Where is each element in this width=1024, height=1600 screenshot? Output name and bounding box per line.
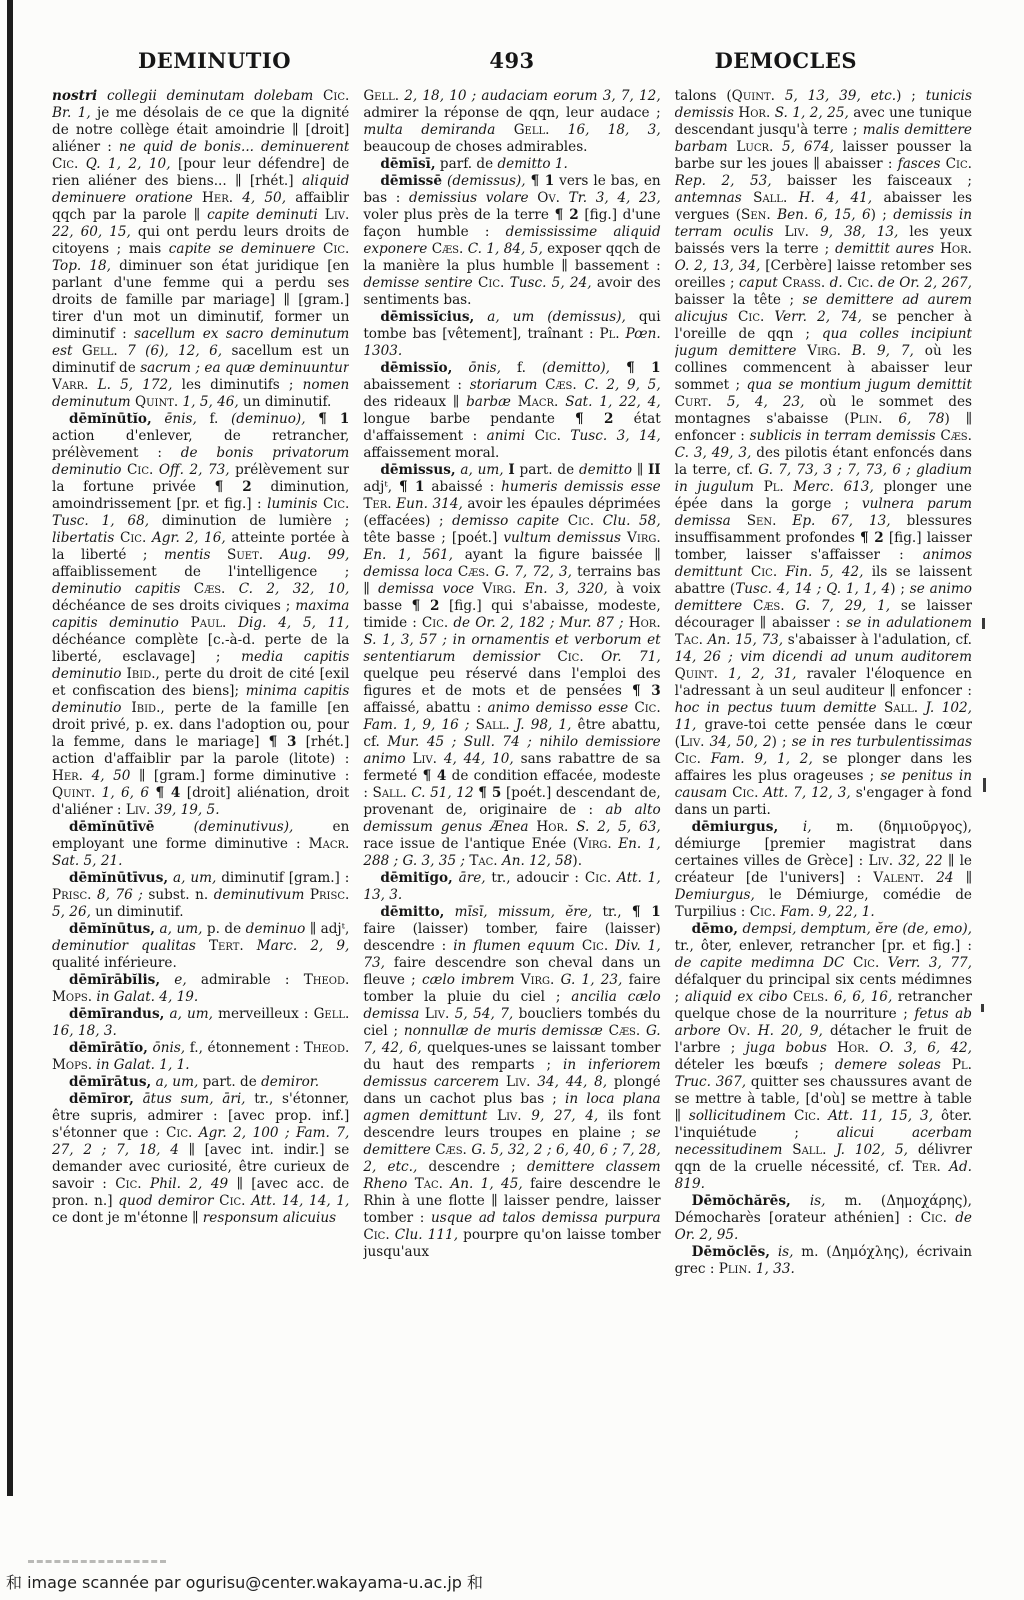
entry-demissio: dēmissĭo, ōnis, f. (demitto), ¶ 1 abaiss… xyxy=(363,360,660,462)
text-segment: dēmissē xyxy=(380,173,442,189)
text-segment: a, um, xyxy=(156,1074,199,1090)
author-reference: Quint. xyxy=(675,666,718,682)
text-segment: nonnullæ de muris demissæ xyxy=(404,1023,603,1039)
author-reference: Sall. xyxy=(753,190,787,206)
text-segment: fetus ab arbore xyxy=(675,1006,972,1039)
text-segment: Fin. 5, 42, xyxy=(785,564,863,580)
text-segment: demiror. xyxy=(261,1074,319,1090)
text-segment: Agr. 2, 100 ; Fam. 7, 27, 2 ; 7, 18, 4 xyxy=(52,1125,349,1158)
text-segment: Truc. 367, xyxy=(675,1074,746,1090)
text-segment: 34, 50, 2 xyxy=(710,734,772,750)
author-reference: Liv. xyxy=(412,751,437,767)
author-reference: Virg. xyxy=(483,581,517,597)
author-reference: Cic. xyxy=(52,156,78,172)
text-segment: 9, 27, 4, xyxy=(531,1108,598,1124)
author-reference: Gell. xyxy=(363,88,399,104)
entry-demissicius: dēmissĭcius, a, um (demissus), qui tombe… xyxy=(363,309,660,360)
text-segment: Tr. 3, 4, 23, xyxy=(569,190,661,206)
author-reference: Tert. xyxy=(209,938,244,954)
text-segment: demissa voce xyxy=(378,581,474,597)
scan-margin-mark xyxy=(983,778,986,792)
text-segment: a, um (demissus), xyxy=(487,309,626,325)
author-reference: Liv. xyxy=(506,1074,531,1090)
text-segment: ¶ 1 xyxy=(626,360,661,376)
column-1: nostri collegii deminutam dolebam Cic. B… xyxy=(52,88,349,1550)
text-segment: H. 20, 9, xyxy=(758,1023,823,1039)
text-segment: a, um, xyxy=(173,870,216,886)
text-segment: 1, 33. xyxy=(756,1261,795,1277)
text-segment: (demissus), xyxy=(447,173,526,189)
text-segment: Tusc. 1, 68, xyxy=(52,513,149,529)
author-reference: Tac. xyxy=(415,1176,443,1192)
entry-demiurgus: dēmiurgus, i, m. (δημιοῦργος), démiurge … xyxy=(675,819,972,921)
author-reference: Valent. xyxy=(873,870,924,886)
scan-artifact-dashes xyxy=(28,1560,166,1563)
text-segment: dēmīror, xyxy=(69,1091,134,1107)
text-segment: dēmiurgus, xyxy=(692,819,779,835)
text-segment: ¶ 3 xyxy=(632,683,661,699)
author-reference: Cæs. xyxy=(753,598,785,614)
entry-demiror: dēmīror, ātus sum, āri, tr., s'étonner, … xyxy=(52,1091,349,1227)
text-segment: I xyxy=(508,462,514,478)
text-segment: H. 4, 41, xyxy=(799,190,873,206)
author-reference: Cic. xyxy=(323,496,349,512)
text-segment: āre, xyxy=(459,870,486,886)
running-header: DEMINUTIO 493 DEMOCLES xyxy=(0,48,1024,78)
text-segment: responsum alicuius xyxy=(203,1210,336,1226)
author-reference: Ter. xyxy=(913,1159,941,1175)
text-segment: 5, 13, 39, etc. xyxy=(785,88,896,104)
text-segment: ¶ 3 xyxy=(269,734,297,750)
author-reference: Tac. xyxy=(675,632,703,648)
text-segment: ¶ 2 xyxy=(215,479,252,495)
text-segment: dēmīsī, xyxy=(380,156,435,172)
entry-demitigo: dēmitĭgo, āre, tr., adoucir : Cic. Att. … xyxy=(363,870,660,904)
text-segment: cælo imbrem xyxy=(422,972,515,988)
author-reference: Cæs. xyxy=(545,377,577,393)
author-reference: Cic. xyxy=(675,751,701,767)
author-reference: Hor. xyxy=(738,105,770,121)
text-segment: 1, 2, 31, xyxy=(728,666,796,682)
author-reference: Sall. xyxy=(884,700,918,716)
scan-credit-line: 和 image scannée par ogurisu@center.wakay… xyxy=(6,1570,483,1593)
text-segment: Fam. 1, 9, 16 ; xyxy=(363,717,469,733)
text-segment: in Galat. 4, 19. xyxy=(96,989,198,1005)
text-segment: Att. 7, 12, 3, xyxy=(763,785,850,801)
text-segment: dēmissĭo, xyxy=(380,360,452,376)
entry-demirandus: dēmīrandus, a, um, merveilleux : Gell. 1… xyxy=(52,1006,349,1040)
text-segment: 6, 6, 16, xyxy=(834,989,892,1005)
text-segment: e, xyxy=(174,972,186,988)
text-segment: Verr. 2, 74, xyxy=(774,309,861,325)
text-segment: 1, 5, 46, xyxy=(183,394,239,410)
text-segment: Dēmŏchărēs, xyxy=(692,1193,791,1209)
author-reference: Liv. xyxy=(325,207,350,223)
author-reference: Virg. xyxy=(627,530,661,546)
text-segment: se in adulationem xyxy=(846,615,972,631)
author-reference: Hor. xyxy=(940,241,972,257)
author-reference: Plin. xyxy=(850,411,883,427)
text-segment: usque ad talos demissa purpura xyxy=(431,1210,661,1226)
author-reference: Macr. xyxy=(518,394,559,410)
author-reference: Cic. xyxy=(166,1125,192,1141)
text-segment: Merc. 613, xyxy=(793,479,873,495)
text-segment: de Or. 2, 267, xyxy=(878,275,972,291)
text-segment: 14, 26 ; vim dicendi ad unum auditorem xyxy=(675,649,972,665)
entry-demitto: dēmitto, mīsī, missum, ĕre, tr., ¶ 1 fai… xyxy=(363,904,660,1261)
text-segment: ōnis, xyxy=(153,1040,186,1056)
text-segment: Sat. 5, 21. xyxy=(52,853,122,869)
text-segment: is, xyxy=(778,1244,794,1260)
text-segment: Att. 11, 15, 3, xyxy=(828,1108,933,1124)
text-segment: Tusc. 4, 14 ; Q. 1, 1, 4 xyxy=(735,581,890,597)
text-segment: dēmīrātus, xyxy=(69,1074,151,1090)
author-reference: Her. xyxy=(202,190,233,206)
text-segment: C. 2, 9, 5, xyxy=(584,377,660,393)
author-reference: Virg. xyxy=(521,972,555,988)
author-reference: Pl. xyxy=(952,1057,972,1073)
entry-deminutive: dēmĭnūtīvē (deminutivus), en employant u… xyxy=(52,819,349,870)
text-segment: deminutivum xyxy=(214,887,305,903)
text-segment: ¶ 2 xyxy=(412,598,440,614)
text-segment: Ep. 67, 13, xyxy=(792,513,890,529)
author-reference: Virg. xyxy=(807,343,841,359)
entry-demitto-cont: talons (Quint. 5, 13, 39, etc.) ; tunici… xyxy=(675,88,972,819)
entry-demirabilis: dēmīrābĭlis, e, admirable : Theod. Mops.… xyxy=(52,972,349,1006)
author-reference: Pl. xyxy=(599,326,619,342)
author-reference: Cæs. xyxy=(194,581,226,597)
text-segment: humeris demissis esse xyxy=(501,479,660,495)
text-segment: barbæ xyxy=(466,394,511,410)
page-number: 493 xyxy=(489,48,534,73)
text-segment: Br. 1, xyxy=(52,105,91,121)
author-reference: Cic. xyxy=(585,870,611,886)
text-segment: 8, 76 ; xyxy=(97,887,143,903)
author-reference: Suet. xyxy=(227,547,263,563)
entry-demissus: dēmissus, a, um, I part. de demitto ∥ II… xyxy=(363,462,660,870)
text-segment: (deminuo), xyxy=(231,411,306,427)
author-reference: Cic. xyxy=(921,1210,947,1226)
author-reference: Plin. xyxy=(719,1261,752,1277)
text-segment: dēmĭnūtus, xyxy=(69,921,155,937)
author-reference: Curt. xyxy=(675,394,712,410)
entry-demisse: dēmissē (demissus), ¶ 1 vers le bas, en … xyxy=(363,173,660,309)
text-segment: juga bobus xyxy=(746,1040,827,1056)
text-segment: Q. 1, 2, 10, xyxy=(86,156,171,172)
text-segment: demisso capite xyxy=(452,513,559,529)
text-segment: 5, 674, xyxy=(782,139,834,155)
text-segment: 4, 44, 10, xyxy=(444,751,514,767)
text-segment: in flumen equum xyxy=(453,938,575,954)
author-reference: Sen. xyxy=(741,207,771,223)
column-2: Gell. 2, 18, 10 ; audaciam eorum 3, 7, 1… xyxy=(363,88,660,1550)
text-segment: 34, 44, 8, xyxy=(537,1074,607,1090)
text-segment: collegii deminutam dolebam xyxy=(107,88,313,104)
entry-democles: Dēmŏclēs, is, m. (Δημόχλης), écrivain gr… xyxy=(675,1244,972,1278)
text-segment: Fam. 9, 1, 2, xyxy=(711,751,813,767)
text-segment: capite deminuti xyxy=(207,207,318,223)
entry-demochares: Dēmŏchărēs, is, m. (Δημοχάρης), Démochar… xyxy=(675,1193,972,1244)
text-segment: ¶ 2 xyxy=(575,411,614,427)
text-segment: Att. 14, 14, 1, xyxy=(251,1193,349,1209)
text-segment: Ben. 6, 15, 6 xyxy=(777,207,870,223)
text-segment: Tusc. 5, 24, xyxy=(510,275,592,291)
text-segment: sublicis in terram demissis xyxy=(750,428,936,444)
header-guide-word-left: DEMINUTIO xyxy=(138,48,291,73)
text-segment: se in res turbulentissimas xyxy=(792,734,972,750)
text-segment: 5, 26, xyxy=(52,904,91,920)
text-segment: minima capitis deminutio xyxy=(52,683,349,716)
text-segment: qua se montium jugum demittit xyxy=(746,377,972,393)
author-reference: Cæs. xyxy=(432,241,464,257)
text-segment: media capitis deminutio xyxy=(52,649,349,682)
text-segment: demitto xyxy=(579,462,632,478)
text-segment: sollicitudinem xyxy=(689,1108,786,1124)
dictionary-page: DEMINUTIO 493 DEMOCLES nostri collegii d… xyxy=(0,0,1024,1600)
text-segment: G. 1, 23, xyxy=(561,972,623,988)
author-reference: Tac. xyxy=(469,853,497,869)
author-reference: Liv. xyxy=(425,1006,450,1022)
author-reference: Ibid. xyxy=(131,700,160,716)
text-segment: Top. 18, xyxy=(52,258,111,274)
entry-demisi: dēmīsī, parf. de demitto 1. xyxy=(363,156,660,173)
author-reference: Cic. xyxy=(853,955,879,971)
text-segment: dēmo, xyxy=(692,921,738,937)
text-segment: Phil. 2, 49 xyxy=(150,1176,228,1192)
author-reference: Sall. xyxy=(792,1142,826,1158)
text-segment: deminutior qualitas xyxy=(52,938,196,954)
text-segment: dēmitĭgo, xyxy=(380,870,452,886)
text-segment: Clu. 58, xyxy=(603,513,661,529)
text-segment: dēmĭnūtīvus, xyxy=(69,870,168,886)
author-reference: Liv. xyxy=(497,1108,522,1124)
entry-deminutio: dēmĭnūtĭo, ēnis, f. (deminuo), ¶ 1 actio… xyxy=(52,411,349,819)
text-segment: G. 7, 72, 3, xyxy=(495,564,573,580)
text-segment: fasces xyxy=(898,156,941,172)
text-segment: Marc. 2, 9, xyxy=(257,938,350,954)
text-segment: 4, 50 xyxy=(92,768,131,784)
author-reference: Gell. xyxy=(314,1006,350,1022)
text-segment: quod demiror xyxy=(118,1193,213,1209)
author-reference: Ov. xyxy=(728,1023,751,1039)
entry-deminutus: dēmĭnūtus, a, um, p. de deminuo ∥ adjᵗ, … xyxy=(52,921,349,972)
author-reference: Cæs. xyxy=(609,1023,641,1039)
author-reference: Sall. xyxy=(476,717,510,733)
entry-deminuo-cont: nostri collegii deminutam dolebam Cic. B… xyxy=(52,88,349,411)
text-segment: demisse sentire xyxy=(363,275,472,291)
author-reference: Hor. xyxy=(536,819,568,835)
text-segment: Verr. 3, 77, xyxy=(888,955,972,971)
text-segment: caput xyxy=(739,275,778,291)
author-reference: Cæs. xyxy=(435,1142,467,1158)
text-segment: En. 1, 561, xyxy=(363,547,453,563)
text-segment: 32, 22 xyxy=(898,853,942,869)
text-segment: antemnas xyxy=(675,190,742,206)
author-reference: Lucr. xyxy=(736,139,773,155)
text-segment: dēmissĭcius, xyxy=(380,309,474,325)
author-reference: Paul. xyxy=(191,615,227,631)
author-reference: Cic. xyxy=(751,564,777,580)
entry-demiror-cont: Gell. 2, 18, 10 ; audaciam eorum 3, 7, 1… xyxy=(363,88,660,156)
text-segment: is, xyxy=(810,1193,826,1209)
author-reference: Cic. xyxy=(363,1227,389,1243)
author-reference: Sen. xyxy=(747,513,777,529)
text-segment: dēmissus, xyxy=(380,462,455,478)
author-reference: Cic. xyxy=(115,1176,141,1192)
author-reference: Liv. xyxy=(784,224,809,240)
text-segment: 6, 78 xyxy=(898,411,944,427)
author-reference: Varr. xyxy=(52,377,88,393)
author-reference: Liv. xyxy=(126,802,151,818)
author-reference: Cic. xyxy=(750,904,776,920)
author-reference: Gell. xyxy=(82,343,118,359)
author-reference: Cic. xyxy=(732,785,758,801)
text-segment: demere soleas xyxy=(835,1057,941,1073)
scan-margin-mark xyxy=(982,618,985,629)
text-segment: storiarum xyxy=(470,377,538,393)
text-segment: C. 3, 49, 3, xyxy=(675,445,752,461)
text-segment: deminutio capitis xyxy=(52,581,180,597)
column-3: talons (Quint. 5, 13, 39, etc.) ; tunici… xyxy=(675,88,972,1550)
text-segment: aliquid ex cibo xyxy=(685,989,788,1005)
text-segment: J. 102, 5, xyxy=(836,1142,908,1158)
text-segment: dēmīrātĭo, xyxy=(69,1040,148,1056)
text-segment: de Or. 2, 182 ; Mur. 87 ; xyxy=(453,615,623,631)
text-segment: d. xyxy=(830,275,843,291)
text-segment: O. 3, 6, 42, xyxy=(879,1040,972,1056)
text-segment: Off. 2, 73, xyxy=(159,462,230,478)
text-segment: 4, 50, xyxy=(242,190,286,206)
text-segment: G. 7, 29, 1, xyxy=(795,598,890,614)
text-segment: Tusc. 3, 14, xyxy=(570,428,660,444)
text-segment: mīsī, missum, ĕre, xyxy=(455,904,593,920)
text-segment: 1, 6, 6 xyxy=(102,785,149,801)
text-segment: mentis xyxy=(164,547,210,563)
author-reference: Cic. xyxy=(478,275,504,291)
text-segment: An. 12, 58 xyxy=(502,853,572,869)
text-segment: 24 xyxy=(936,870,953,886)
text-segment: ¶ 1 xyxy=(531,173,555,189)
text-segment: ¶ 4 xyxy=(155,785,180,801)
author-reference: Cæs. xyxy=(458,564,490,580)
text-segment: 9, 38, 13, xyxy=(820,224,898,240)
text-segment: luminis xyxy=(267,496,317,512)
text-segment: i, xyxy=(803,819,812,835)
text-segment: de capite medimna DC xyxy=(675,955,845,971)
text-segment: ¶ 5 xyxy=(478,785,501,801)
author-reference: Virg. xyxy=(578,836,612,852)
text-segment: S. 1, 2, 25, xyxy=(775,105,849,121)
author-reference: Liv. xyxy=(680,734,705,750)
text-segment: ¶ 1 xyxy=(632,904,661,920)
text-segment: animi xyxy=(487,428,525,444)
author-reference: Gell. xyxy=(514,122,550,138)
author-reference: Macr. xyxy=(309,836,350,852)
text-segment: deminuo xyxy=(246,921,306,937)
author-reference: Cæs. xyxy=(940,428,972,444)
author-reference: Ibid. xyxy=(127,666,156,682)
text-segment: capite se deminuere xyxy=(169,241,316,257)
text-segment: Or. 71, xyxy=(601,649,661,665)
text-segment: demitto 1. xyxy=(497,156,567,172)
text-segment: O. 2, 13, 34, xyxy=(675,258,761,274)
author-reference: Quint. xyxy=(52,785,95,801)
text-segment: vultum demissus xyxy=(503,530,621,546)
text-segment: S. 2, 5, 63, xyxy=(576,819,660,835)
text-segment: aliquid deminuere oratione xyxy=(52,173,349,206)
author-reference: Crass. xyxy=(782,275,825,291)
author-reference: Cic. xyxy=(946,156,972,172)
author-reference: Cic. xyxy=(794,1108,820,1124)
text-segment: Rep. 2, 53, xyxy=(675,173,772,189)
text-segment: a, um, xyxy=(460,462,503,478)
text-segment: ne quid de bonis... deminuerent xyxy=(119,139,349,155)
text-segment: ¶ 1 xyxy=(318,411,349,427)
author-reference: Quint. xyxy=(732,88,775,104)
text-segment: libertatis xyxy=(52,530,114,546)
text-segment: in Galat. 1, 1. xyxy=(96,1057,189,1073)
author-reference: Cic. xyxy=(738,309,764,325)
entry-demiratio: dēmīrātĭo, ōnis, f., étonnement : Theod.… xyxy=(52,1040,349,1074)
author-reference: Cic. xyxy=(568,513,594,529)
text-segment: C. 51, 12 xyxy=(411,785,473,801)
author-reference: Cic. xyxy=(422,615,448,631)
text-segment: Demiurgus, xyxy=(675,887,755,903)
text-segment: Fam. 9, 22, 1. xyxy=(780,904,874,920)
text-segment: ¶ 2 xyxy=(860,530,884,546)
author-reference: Cic. xyxy=(219,1193,245,1209)
author-reference: Cic. xyxy=(127,462,153,478)
text-segment: 5, 54, 7, xyxy=(455,1006,513,1022)
text-segment: 16, 18, 3, xyxy=(568,122,661,138)
author-reference: Prisc. xyxy=(310,887,349,903)
text-segment: Eun. 314, xyxy=(396,496,463,512)
text-segment: II xyxy=(648,462,661,478)
text-segment: demissius volare xyxy=(409,190,529,206)
text-columns: nostri collegii deminutam dolebam Cic. B… xyxy=(52,88,972,1550)
text-segment: An. 15, 73, xyxy=(708,632,783,648)
author-reference: Cic. xyxy=(120,530,146,546)
text-segment: hoc in pectus tuum demitte xyxy=(675,700,877,716)
author-reference: Quint. xyxy=(135,394,178,410)
text-segment: ¶ 4 xyxy=(423,768,447,784)
text-segment: dēmĭnūtīvē xyxy=(69,819,154,835)
text-segment: J. 98, 1, xyxy=(516,717,572,733)
author-reference: Cic. xyxy=(323,88,349,104)
text-segment: 39, 19, 5. xyxy=(155,802,220,818)
author-reference: Cic. xyxy=(582,938,608,954)
text-segment: 2, 18, 10 ; audaciam eorum 3, 7, 12, xyxy=(404,88,660,104)
text-segment: demissa loca xyxy=(363,564,452,580)
text-segment: ōnis, xyxy=(468,360,501,376)
author-reference: Hor. xyxy=(629,615,661,631)
author-reference: Cic. xyxy=(323,241,349,257)
author-reference: Hor. xyxy=(837,1040,869,1056)
text-segment: dēmīrābĭlis, xyxy=(69,972,160,988)
author-reference: Sall. xyxy=(373,785,407,801)
author-reference: Cic. xyxy=(557,649,583,665)
text-segment: (demitto), xyxy=(542,360,610,376)
author-reference: Cels. xyxy=(793,989,829,1005)
text-segment: Aug. 99, xyxy=(280,547,350,563)
text-segment: ēnis, xyxy=(164,411,196,427)
author-reference: Cic. xyxy=(535,428,561,444)
text-segment: 16, 18, 3. xyxy=(52,1023,117,1039)
author-reference: Ov. xyxy=(537,190,560,206)
text-segment: L. 5, 172, xyxy=(98,377,173,393)
text-segment: Dēmŏclēs, xyxy=(692,1244,770,1260)
text-segment: Sat. 1, 22, 4, xyxy=(565,394,660,410)
